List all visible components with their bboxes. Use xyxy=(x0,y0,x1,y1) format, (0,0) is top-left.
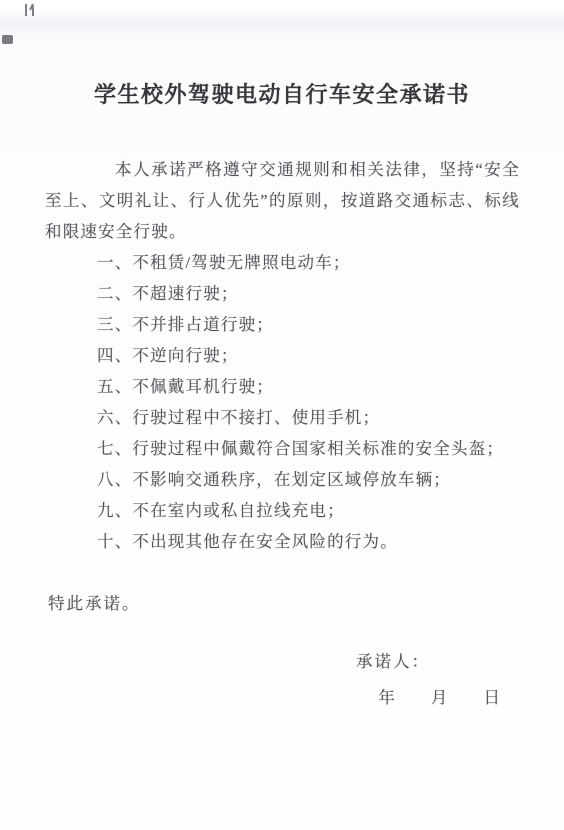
scan-mark-artifact xyxy=(2,35,13,44)
scan-mark-artifact xyxy=(22,2,40,18)
pledger-label: 承诺人： xyxy=(0,646,564,677)
pledge-document-page: 学生校外驾驶电动自行车安全承诺书 本人承诺严格遵守交通规则和相关法律，坚持“安全… xyxy=(0,0,564,830)
pledge-item-10: 十、不出现其他存在安全风险的行为。 xyxy=(97,526,534,557)
pledge-item-6: 六、行驶过程中不接打、使用手机； xyxy=(97,402,534,433)
pledge-list: 一、不租赁/驾驶无牌照电动车； 二、不超速行驶； 三、不并排占道行驶； 四、不逆… xyxy=(0,247,564,557)
pledge-item-5: 五、不佩戴耳机行驶； xyxy=(97,371,534,402)
pledge-item-7: 七、行驶过程中佩戴符合国家相关标准的安全头盔； xyxy=(97,433,534,464)
date-year-label: 年 xyxy=(378,688,397,707)
pledge-item-1: 一、不租赁/驾驶无牌照电动车； xyxy=(97,247,534,278)
date-line: 年 月 日 xyxy=(0,682,564,713)
pledge-item-8: 八、不影响交通秩序，在划定区域停放车辆； xyxy=(97,464,534,495)
signature-block: 承诺人： 年 月 日 xyxy=(0,646,564,713)
pledge-item-4: 四、不逆向行驶； xyxy=(97,340,534,371)
date-day-label: 日 xyxy=(484,688,503,707)
intro-paragraph: 本人承诺严格遵守交通规则和相关法律，坚持“安全至上、文明礼让、行人优先”的原则，… xyxy=(45,154,520,247)
closing-statement: 特此承诺。 xyxy=(48,588,534,619)
document-title: 学生校外驾驶电动自行车安全承诺书 xyxy=(0,0,564,110)
pledge-item-9: 九、不在室内或私自拉线充电； xyxy=(97,495,534,526)
date-month-label: 月 xyxy=(431,688,450,707)
pledge-item-3: 三、不并排占道行驶； xyxy=(97,309,534,340)
pledge-item-2: 二、不超速行驶； xyxy=(97,278,534,309)
